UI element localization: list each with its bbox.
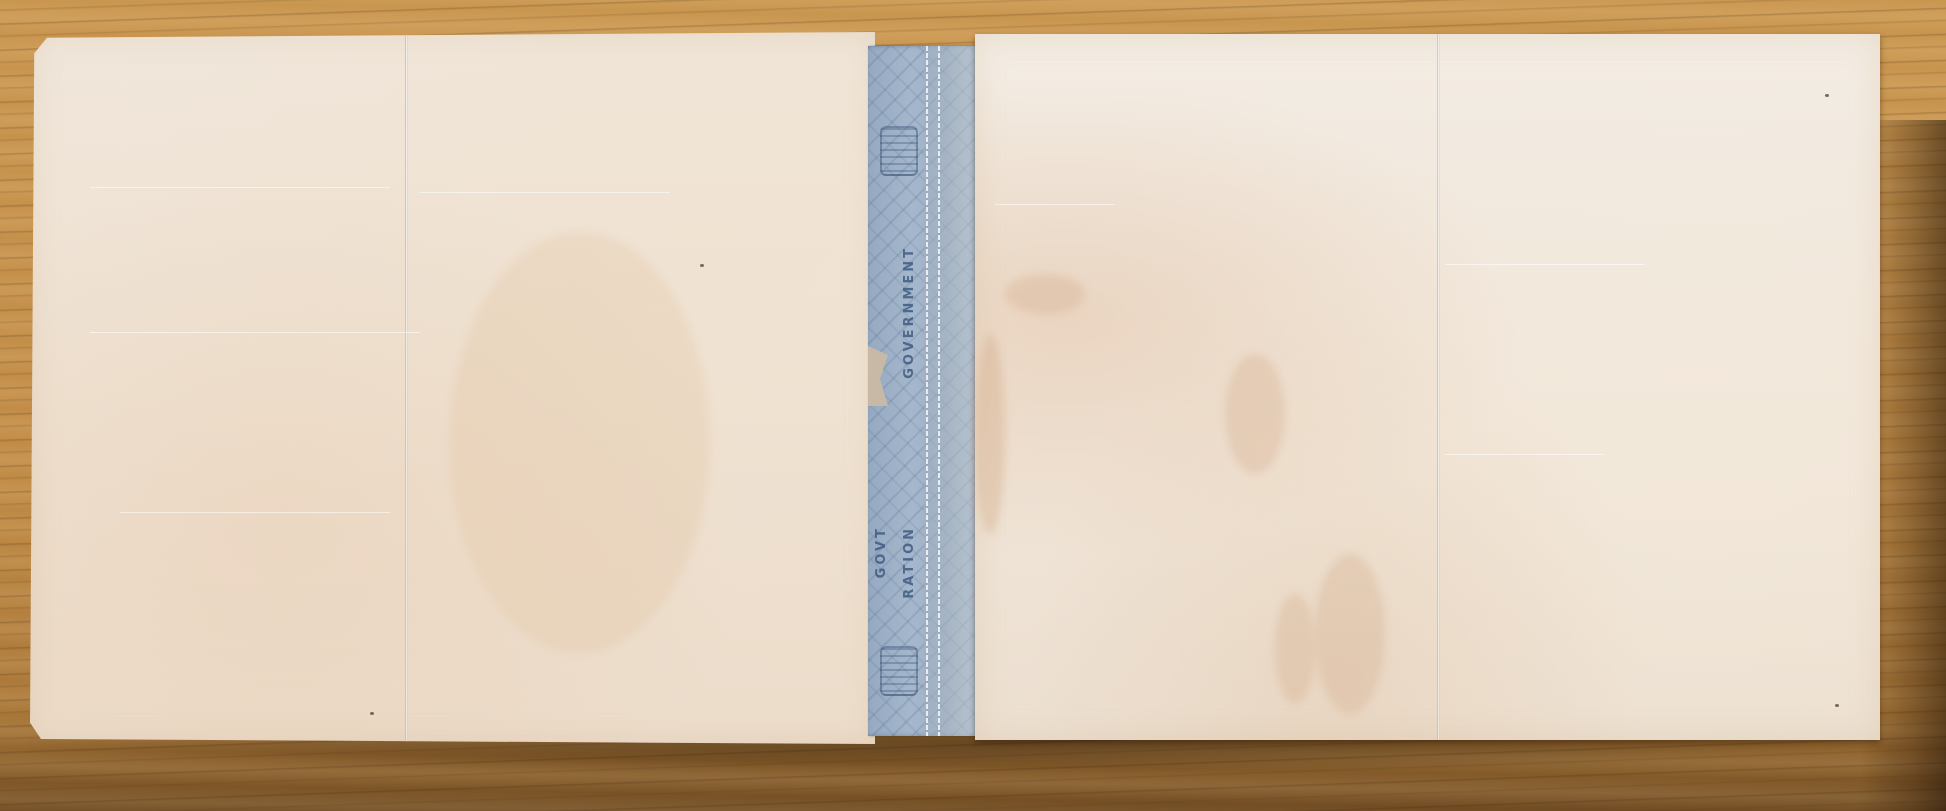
spine-text-ration: RATION (902, 526, 917, 599)
stitching (938, 46, 940, 736)
crease (1445, 454, 1605, 455)
speck (1825, 94, 1829, 97)
booklet-spine: GOVERNMENT GOVT RATION (868, 46, 978, 736)
age-stain (1225, 354, 1285, 474)
age-stain (450, 232, 710, 652)
age-stain (1275, 594, 1315, 704)
spine-ornament (880, 126, 918, 176)
crease (90, 332, 420, 333)
stitching (926, 46, 928, 736)
left-page (30, 32, 875, 744)
right-page (975, 34, 1880, 740)
speck (700, 264, 704, 267)
age-stain (1005, 274, 1085, 314)
speck (1835, 704, 1839, 707)
left-page-fold (405, 32, 408, 744)
photo-scene: GOVERNMENT GOVT RATION (0, 0, 1946, 811)
spine-ornament (880, 646, 918, 696)
age-stain (975, 334, 1005, 534)
age-stain (1315, 554, 1385, 714)
spine-text-government: GOVERNMENT (902, 246, 917, 379)
crease (1445, 264, 1645, 265)
right-page-fold (1437, 34, 1440, 740)
spine-text-govt: GOVT (874, 526, 889, 578)
crease (420, 192, 670, 193)
crease (90, 187, 390, 188)
torn-paper (868, 346, 888, 406)
crease (995, 204, 1115, 205)
crease (120, 512, 390, 513)
spine-flap (924, 46, 978, 736)
speck (370, 712, 374, 715)
